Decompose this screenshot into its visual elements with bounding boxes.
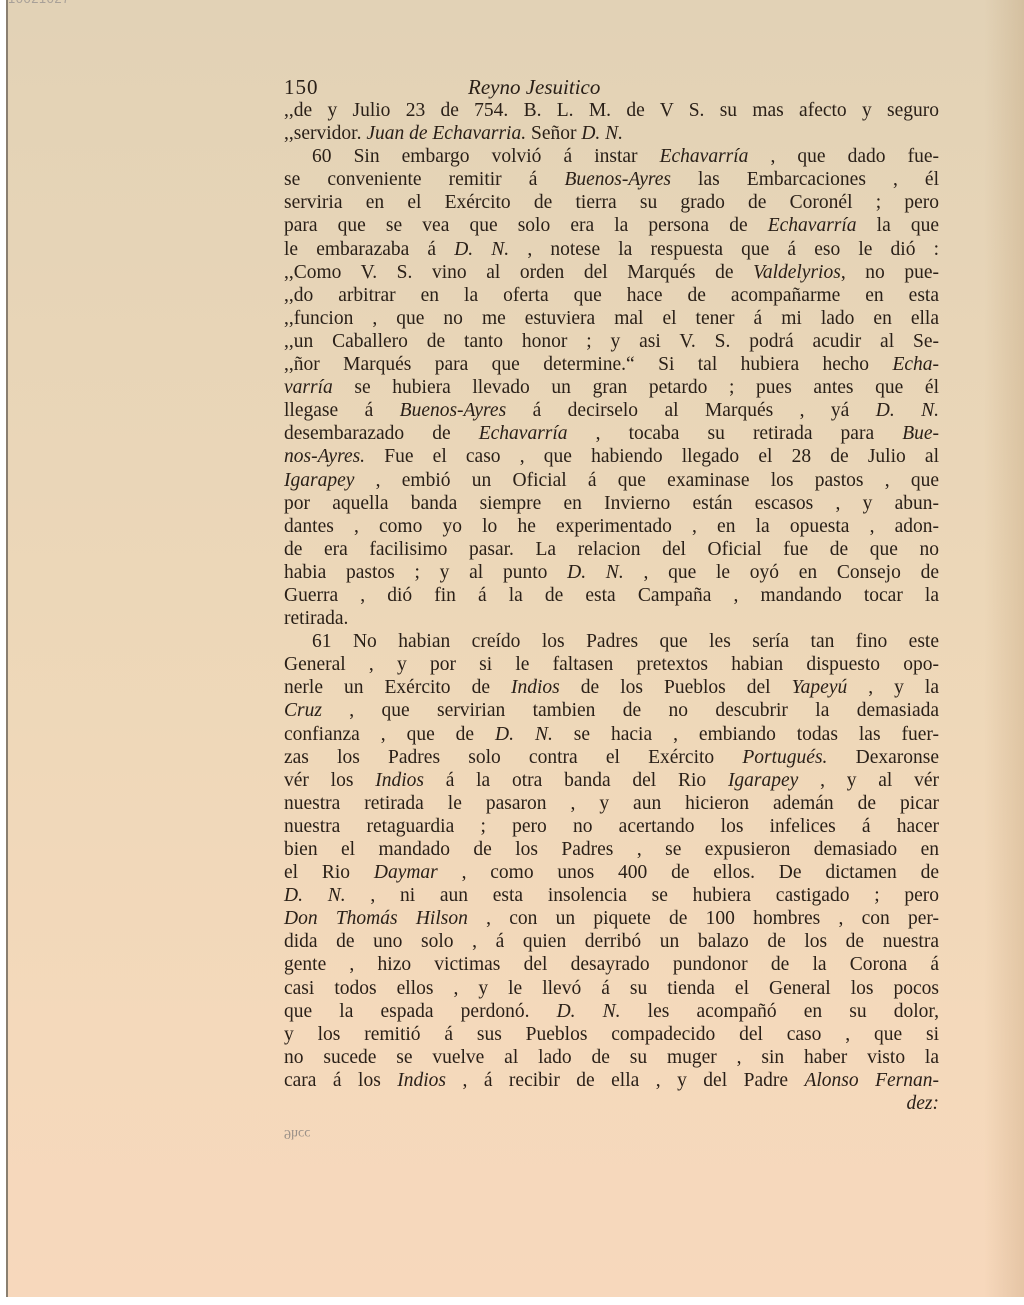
- text-line: D. N. , ni aun esta insolencia se hubier…: [284, 884, 939, 907]
- text-segment: ,,Como V. S. vino al orden del Marqués d…: [284, 262, 753, 283]
- text-segment: gente , hizo victimas del desayrado pund…: [284, 954, 939, 975]
- text-segment: , que dado fue-: [748, 146, 939, 167]
- text-line: vér los Indios á la otra banda del Rio I…: [284, 769, 939, 792]
- scan-id-label: 10021027: [8, 0, 70, 6]
- italic-text: dez:: [907, 1093, 940, 1114]
- text-line: dez:: [284, 1092, 939, 1115]
- text-line: varría se hubiera llevado un gran petard…: [284, 376, 939, 399]
- text-segment: retirada.: [284, 608, 348, 629]
- text-line: confianza , que de D. N. se hacia , embi…: [284, 723, 939, 746]
- text-segment: ,,do arbitrar en la oferta que hace de a…: [284, 285, 939, 306]
- text-line: ,,servidor. Juan de Echavarria. Señor D.…: [284, 122, 939, 145]
- book-page: 10021027 150 Reyno Jesuitico ,,de y Juli…: [6, 0, 1024, 1297]
- running-head: 150 Reyno Jesuitico: [284, 76, 939, 100]
- page-text: 150 Reyno Jesuitico ,,de y Julio 23 de 7…: [284, 76, 939, 1115]
- text-segment: zas los Padres solo contra el Exército: [284, 747, 742, 768]
- text-segment: habia pastos ; y al punto: [284, 562, 567, 583]
- text-segment: nuestra retaguardia ; pero no acertando …: [284, 816, 939, 837]
- italic-text: Yapeyú: [792, 677, 848, 698]
- text-line: ,,Como V. S. vino al orden del Marqués d…: [284, 261, 939, 284]
- text-segment: , no pue-: [841, 262, 939, 283]
- text-segment: para que se vea que solo era la persona …: [284, 215, 768, 236]
- italic-text: Echa-: [892, 354, 939, 375]
- text-line: cara á los Indios , á recibir de ella , …: [284, 1069, 939, 1092]
- text-segment: , notese la respuesta que á eso le dió :: [509, 239, 939, 260]
- text-segment: desembarazado de: [284, 423, 479, 444]
- italic-text: Valdelyrios: [753, 262, 841, 283]
- text-segment: bien el mandado de los Padres , se expus…: [284, 839, 939, 860]
- text-line: ,,do arbitrar en la oferta que hace de a…: [284, 284, 939, 307]
- text-segment: se hubiera llevado un gran petardo ; pue…: [333, 377, 939, 398]
- text-line: bien el mandado de los Padres , se expus…: [284, 838, 939, 861]
- text-line: casi todos ellos , y le llevó á su tiend…: [284, 977, 939, 1000]
- text-segment: la que: [857, 215, 939, 236]
- text-segment: , y la: [847, 677, 939, 698]
- text-line: dantes , como yo lo he experimentado , e…: [284, 515, 939, 538]
- text-segment: , como unos 400 de ellos. De dictamen de: [438, 862, 939, 883]
- text-segment: les acompañó en su dolor,: [621, 1001, 939, 1022]
- text-segment: Fue el caso , que habiendo llegado el 28…: [365, 446, 939, 467]
- text-line: Don Thomás Hilson , con un piquete de 10…: [284, 907, 939, 930]
- italic-text: Indios: [397, 1070, 446, 1091]
- text-segment: , que le oyó en Consejo de: [624, 562, 939, 583]
- text-segment: de los Pueblos del: [560, 677, 792, 698]
- italic-text: D. N.: [567, 562, 624, 583]
- text-line: 60 Sin embargo volvió á instar Echavarrí…: [284, 145, 939, 168]
- italic-text: Juan de Echavarria.: [366, 123, 526, 144]
- italic-text: Buenos-Ayres: [564, 169, 671, 190]
- text-line: Guerra , dió fin á la de esta Campaña , …: [284, 584, 939, 607]
- text-segment: vér los: [284, 770, 375, 791]
- italic-text: varría: [284, 377, 333, 398]
- text-segment: ,,un Caballero de tanto honor ; y asi V.…: [284, 331, 939, 352]
- text-segment: el Rio: [284, 862, 374, 883]
- text-segment: , embió un Oficial á que examinase los p…: [354, 470, 939, 491]
- text-line: dida de uno solo , á quien derribó un ba…: [284, 930, 939, 953]
- text-line: zas los Padres solo contra el Exército P…: [284, 746, 939, 769]
- text-segment: , tocaba su retirada para: [568, 423, 903, 444]
- text-segment: cara á los: [284, 1070, 397, 1091]
- text-segment: de era facilisimo pasar. La relacion del…: [284, 539, 939, 560]
- text-line: nos-Ayres. Fue el caso , que habiendo ll…: [284, 445, 939, 468]
- italic-text: D. N.: [495, 724, 553, 745]
- text-segment: , ni aun esta insolencia se hubiera cast…: [346, 885, 939, 906]
- text-line: Cruz , que servirian tambien de no descu…: [284, 699, 939, 722]
- text-segment: General , y por si le faltasen pretextos…: [284, 654, 939, 675]
- text-line: ,,ñor Marqués para que determine.“ Si ta…: [284, 353, 939, 376]
- text-segment: , y al vér: [798, 770, 939, 791]
- text-segment: que la espada perdonó.: [284, 1001, 557, 1022]
- italic-text: D. N.: [557, 1001, 621, 1022]
- italic-text: D. N.: [284, 885, 346, 906]
- text-line: desembarazado de Echavarría , tocaba su …: [284, 422, 939, 445]
- text-segment: casi todos ellos , y le llevó á su tiend…: [284, 978, 939, 999]
- text-segment: , á recibir de ella , y del Padre: [446, 1070, 804, 1091]
- italic-text: Indios: [511, 677, 560, 698]
- text-line: ,,funcion , que no me estuviera mal el t…: [284, 307, 939, 330]
- text-segment: , con un piquete de 100 hombres , con pe…: [468, 908, 939, 929]
- text-line: por aquella banda siempre en Invierno es…: [284, 492, 939, 515]
- text-segment: , que servirian tambien de no descubrir …: [322, 700, 939, 721]
- italic-text: D. N.: [876, 400, 939, 421]
- italic-text: D. N.: [581, 123, 623, 144]
- text-segment: nuestra retirada le pasaron , y aun hici…: [284, 793, 939, 814]
- text-segment: Señor: [526, 123, 581, 144]
- text-line: ,,un Caballero de tanto honor ; y asi V.…: [284, 330, 939, 353]
- page-number: 150: [284, 76, 468, 99]
- text-segment: no sucede se vuelve al lado de su muger …: [284, 1047, 939, 1068]
- text-line: gente , hizo victimas del desayrado pund…: [284, 953, 939, 976]
- text-segment: Guerra , dió fin á la de esta Campaña , …: [284, 585, 939, 606]
- italic-text: Igarapey: [728, 770, 798, 791]
- text-lines: ,,de y Julio 23 de 754. B. L. M. de V S.…: [284, 99, 939, 1115]
- text-segment: Dexaronse: [827, 747, 939, 768]
- text-segment: 61 No habian creído los Padres que les s…: [312, 631, 939, 652]
- text-segment: se conveniente remitir á: [284, 169, 564, 190]
- text-line: nuestra retaguardia ; pero no acertando …: [284, 815, 939, 838]
- text-segment: confianza , que de: [284, 724, 495, 745]
- italic-text: Daymar: [374, 862, 438, 883]
- italic-text: Portugués.: [742, 747, 827, 768]
- text-line: para que se vea que solo era la persona …: [284, 214, 939, 237]
- italic-text: Echavarría: [660, 146, 749, 167]
- text-line: nerle un Exército de Indios de los Puebl…: [284, 676, 939, 699]
- text-line: llegase á Buenos-Ayres á decirselo al Ma…: [284, 399, 939, 422]
- italic-text: Indios: [375, 770, 424, 791]
- running-title: Reyno Jesuitico: [468, 76, 600, 99]
- text-segment: nerle un Exército de: [284, 677, 511, 698]
- text-segment: á la otra banda del Rio: [424, 770, 728, 791]
- text-segment: ,,servidor.: [284, 123, 366, 144]
- text-line: ,,de y Julio 23 de 754. B. L. M. de V S.…: [284, 99, 939, 122]
- text-segment: le embarazaba á: [284, 239, 454, 260]
- text-line: nuestra retirada le pasaron , y aun hici…: [284, 792, 939, 815]
- italic-text: Alonso Fernan-: [804, 1070, 939, 1091]
- text-line: retirada.: [284, 607, 939, 630]
- text-line: General , y por si le faltasen pretextos…: [284, 653, 939, 676]
- text-segment: se hacia , embiando todas las fuer-: [553, 724, 939, 745]
- text-segment: ,,funcion , que no me estuviera mal el t…: [284, 308, 939, 329]
- italic-text: Igarapey: [284, 470, 354, 491]
- bleed-through-text: 9hcc: [284, 1125, 310, 1141]
- italic-text: nos-Ayres.: [284, 446, 365, 467]
- text-segment: dida de uno solo , á quien derribó un ba…: [284, 931, 939, 952]
- text-segment: dantes , como yo lo he experimentado , e…: [284, 516, 939, 537]
- text-segment: ,,ñor Marqués para que determine.“ Si ta…: [284, 354, 892, 375]
- text-segment: las Embarcaciones , él: [671, 169, 939, 190]
- text-line: que la espada perdonó. D. N. les acompañ…: [284, 1000, 939, 1023]
- italic-text: Echavarría: [479, 423, 568, 444]
- italic-text: Don Thomás Hilson: [284, 908, 468, 929]
- italic-text: D. N.: [454, 239, 509, 260]
- text-line: Igarapey , embió un Oficial á que examin…: [284, 469, 939, 492]
- text-line: de era facilisimo pasar. La relacion del…: [284, 538, 939, 561]
- text-line: serviria en el Exército de tierra su gra…: [284, 191, 939, 214]
- text-segment: por aquella banda siempre en Invierno es…: [284, 493, 939, 514]
- text-line: 61 No habian creído los Padres que les s…: [284, 630, 939, 653]
- italic-text: Cruz: [284, 700, 322, 721]
- text-segment: 60 Sin embargo volvió á instar: [312, 146, 660, 167]
- text-line: no sucede se vuelve al lado de su muger …: [284, 1046, 939, 1069]
- italic-text: Bue-: [902, 423, 939, 444]
- text-segment: serviria en el Exército de tierra su gra…: [284, 192, 939, 213]
- text-line: habia pastos ; y al punto D. N. , que le…: [284, 561, 939, 584]
- text-segment: llegase á: [284, 400, 400, 421]
- text-line: el Rio Daymar , como unos 400 de ellos. …: [284, 861, 939, 884]
- text-segment: ,,de y Julio 23 de 754. B. L. M. de V S.…: [284, 100, 939, 121]
- text-line: y los remitió á sus Pueblos compadecido …: [284, 1023, 939, 1046]
- text-line: le embarazaba á D. N. , notese la respue…: [284, 238, 939, 261]
- text-segment: á decirselo al Marqués , yá: [506, 400, 876, 421]
- text-line: se conveniente remitir á Buenos-Ayres la…: [284, 168, 939, 191]
- italic-text: Echavarría: [768, 215, 857, 236]
- text-segment: y los remitió á sus Pueblos compadecido …: [284, 1024, 939, 1045]
- italic-text: Buenos-Ayres: [400, 400, 507, 421]
